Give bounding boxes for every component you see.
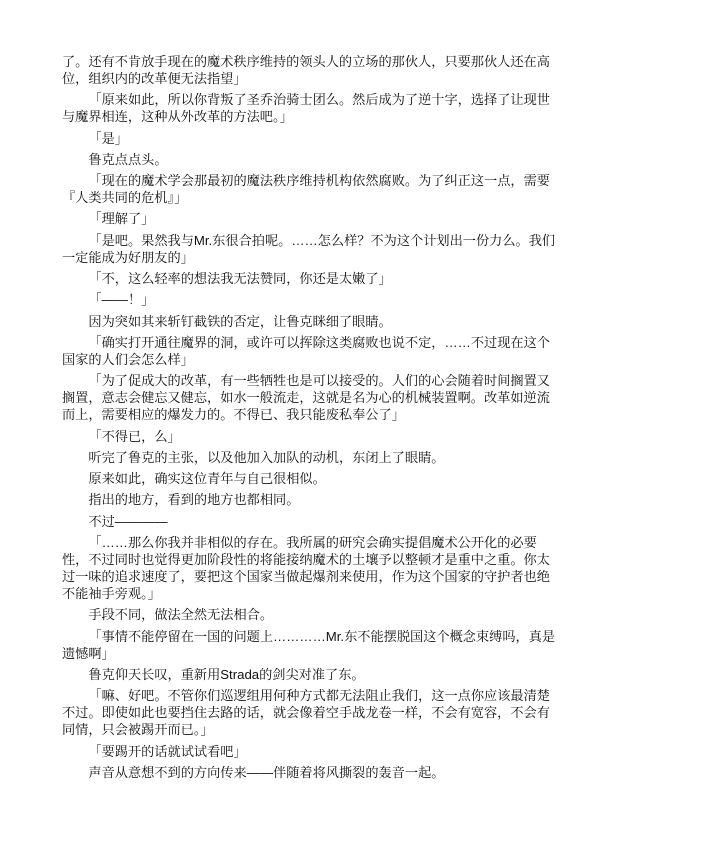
text-line: 「嘛、好吧。不管你们巡逻组用何种方式都无法阻止我们，这一点你应该最清楚 — [62, 687, 552, 704]
text-line: 过一味的追求速度了，要把这个国家当做起爆剂来使用，作为这个国家的守护者也绝 — [62, 568, 552, 585]
text-line: 「是」 — [62, 130, 552, 147]
text-line: 一定能成为好朋友的」 — [62, 249, 552, 266]
text-line: 鲁克仰天长叹，重新用Strada的剑尖对准了东。 — [62, 666, 552, 683]
paragraph: 「要踢开的话就试试看吧」 — [62, 743, 552, 760]
text-line: 位，组织内的改革便无法指望」 — [62, 70, 552, 87]
text-line: 「——！」 — [62, 291, 552, 308]
text-line: 「不，这么轻率的想法我无法赞同，你还是太嫩了」 — [62, 270, 552, 287]
text-line: 「确实打开通往魔界的洞，或许可以挥除这类腐败也说不定，……不过现在这个 — [62, 334, 552, 351]
text-line: 性，不过同时也觉得更加阶段性的将能接纳魔术的土壤予以整顿才是重中之重。你太 — [62, 551, 552, 568]
paragraph: 「不，这么轻率的想法我无法赞同，你还是太嫩了」 — [62, 270, 552, 287]
text-line: 「为了促成大的改革，有一些牺牲也是可以接受的。人们的心会随着时间搁置又 — [62, 372, 552, 389]
paragraph: 不过———— — [62, 513, 552, 530]
paragraph: 鲁克仰天长叹，重新用Strada的剑尖对准了东。 — [62, 666, 552, 683]
text-line: 手段不同，做法全然无法相合。 — [62, 606, 552, 623]
text-line: 了。还有不肯放手现在的魔术秩序维持的领头人的立场的那伙人，只要那伙人还在高 — [62, 53, 552, 70]
text-line: 「事情不能停留在一国的问题上…………Mr.东不能摆脱国这个概念束缚吗，真是 — [62, 628, 552, 645]
paragraph: 手段不同，做法全然无法相合。 — [62, 606, 552, 623]
paragraph: 「确实打开通往魔界的洞，或许可以挥除这类腐败也说不定，……不过现在这个 国家的人… — [62, 334, 552, 368]
text-line: 「原来如此，所以你背叛了圣乔治骑士团么。然后成为了逆十字，选择了让现世 — [62, 91, 552, 108]
text-line: 不能袖手旁观。」 — [62, 585, 552, 602]
text-line: 因为突如其来斩钉截铁的否定，让鲁克眯细了眼睛。 — [62, 313, 552, 330]
paragraph: 声音从意想不到的方向传来——伴随着将风撕裂的轰音一起。 — [62, 764, 552, 781]
text-line: 听完了鲁克的主张，以及他加入加队的动机，东闭上了眼睛。 — [62, 449, 552, 466]
text-line: 「现在的魔术学会那最初的魔法秩序维持机构依然腐败。为了纠正这一点，需要 — [62, 172, 552, 189]
paragraph: 鲁克点点头。 — [62, 151, 552, 168]
text-line: 与魔界相连，这种从外改革的方法吧。」 — [62, 108, 552, 125]
paragraph: 原来如此，确实这位青年与自己很相似。 — [62, 470, 552, 487]
paragraph: 「是吧。果然我与Mr.东很合拍呢。……怎么样？不为这个计划出一份力么。我们 一定… — [62, 232, 552, 266]
document-page: 了。还有不肯放手现在的魔术秩序维持的领头人的立场的那伙人，只要那伙人还在高 位，… — [62, 53, 552, 785]
paragraph: 指出的地方，看到的地方也都相同。 — [62, 491, 552, 508]
paragraph: 「不得已，么」 — [62, 428, 552, 445]
text-line: 指出的地方，看到的地方也都相同。 — [62, 491, 552, 508]
text-line: 搁置，意志会健忘又健忘，如水一般流走，这就是名为心的机械装置啊。改革如逆流 — [62, 389, 552, 406]
paragraph: 「为了促成大的改革，有一些牺牲也是可以接受的。人们的心会随着时间搁置又 搁置，意… — [62, 372, 552, 423]
paragraph: 因为突如其来斩钉截铁的否定，让鲁克眯细了眼睛。 — [62, 313, 552, 330]
text-line: 原来如此，确实这位青年与自己很相似。 — [62, 470, 552, 487]
text-line: 而上，需要相应的爆发力的。不得已、我只能废私奉公了」 — [62, 406, 552, 423]
text-line: 鲁克点点头。 — [62, 151, 552, 168]
paragraph: 「——！」 — [62, 291, 552, 308]
text-line: 『人类共同的危机』」 — [62, 189, 552, 206]
text-line: 「不得已，么」 — [62, 428, 552, 445]
paragraph: 「事情不能停留在一国的问题上…………Mr.东不能摆脱国这个概念束缚吗，真是 遗憾… — [62, 628, 552, 662]
text-line: 「要踢开的话就试试看吧」 — [62, 743, 552, 760]
text-line: 「……那么你我并非相似的存在。我所属的研究会确实提倡魔术公开化的必要 — [62, 534, 552, 551]
paragraph: 「是」 — [62, 130, 552, 147]
text-line: 「理解了」 — [62, 210, 552, 227]
text-line: 国家的人们会怎么样」 — [62, 351, 552, 368]
paragraph: 「理解了」 — [62, 210, 552, 227]
text-line: 「是吧。果然我与Mr.东很合拍呢。……怎么样？不为这个计划出一份力么。我们 — [62, 232, 552, 249]
text-line: 声音从意想不到的方向传来——伴随着将风撕裂的轰音一起。 — [62, 764, 552, 781]
paragraph: 听完了鲁克的主张，以及他加入加队的动机，东闭上了眼睛。 — [62, 449, 552, 466]
paragraph: 「嘛、好吧。不管你们巡逻组用何种方式都无法阻止我们，这一点你应该最清楚 不过。即… — [62, 687, 552, 738]
paragraph: 「……那么你我并非相似的存在。我所属的研究会确实提倡魔术公开化的必要 性，不过同… — [62, 534, 552, 602]
text-line: 不过———— — [62, 513, 552, 530]
paragraph: 「原来如此，所以你背叛了圣乔治骑士团么。然后成为了逆十字，选择了让现世 与魔界相… — [62, 91, 552, 125]
paragraph: 了。还有不肯放手现在的魔术秩序维持的领头人的立场的那伙人，只要那伙人还在高 位，… — [62, 53, 552, 87]
text-line: 不过。即使如此也要挡住去路的话，就会像着空手战龙卷一样，不会有宽容，不会有 — [62, 704, 552, 721]
text-line: 遗憾啊」 — [62, 645, 552, 662]
paragraph: 「现在的魔术学会那最初的魔法秩序维持机构依然腐败。为了纠正这一点，需要 『人类共… — [62, 172, 552, 206]
text-line: 同情，只会被踢开而已。」 — [62, 721, 552, 738]
